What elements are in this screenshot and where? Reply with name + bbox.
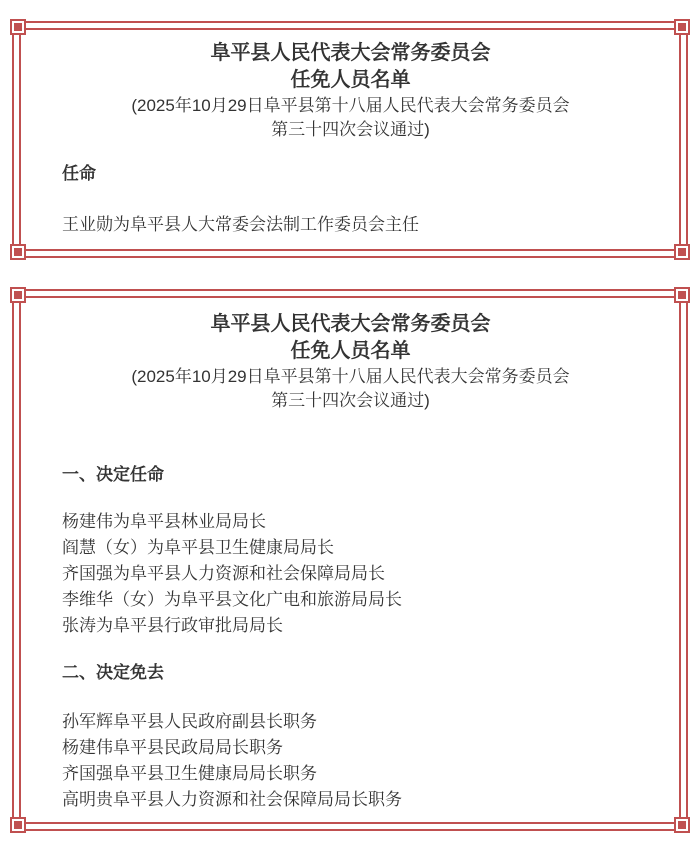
notice-title: 阜平县人民代表大会常务委员会 任免人员名单: [62, 311, 639, 365]
corner-ornament-bottom-right-icon: [674, 817, 690, 833]
section-heading-appointment: 任命: [62, 162, 639, 186]
list-item: 齐国强阜平县卫生健康局局长职务: [62, 761, 639, 787]
list-item: 杨建伟为阜平县林业局局长: [62, 509, 639, 535]
meeting-info: (2025年10月29日阜平县第十八届人民代表大会常务委员会 第三十四次会议通过…: [62, 94, 639, 142]
meeting-info-line-2: 第三十四次会议通过): [62, 118, 639, 142]
page: 阜平县人民代表大会常务委员会 任免人员名单 (2025年10月29日阜平县第十八…: [0, 21, 700, 831]
list-item: 王业勋为阜平县人大常委会法制工作委员会主任: [62, 212, 639, 238]
notice-box-2: 阜平县人民代表大会常务委员会 任免人员名单 (2025年10月29日阜平县第十八…: [12, 289, 688, 831]
appointment-list: 王业勋为阜平县人大常委会法制工作委员会主任: [62, 212, 639, 238]
corner-ornament-top-right-icon: [674, 287, 690, 303]
section-heading-decide-remove: 二、决定免去: [62, 661, 639, 685]
list-item: 杨建伟阜平县民政局局长职务: [62, 735, 639, 761]
meeting-info-line-1: (2025年10月29日阜平县第十八届人民代表大会常务委员会: [62, 365, 639, 389]
meeting-info-line-1: (2025年10月29日阜平县第十八届人民代表大会常务委员会: [62, 94, 639, 118]
corner-ornament-bottom-left-icon: [10, 817, 26, 833]
notice-title: 阜平县人民代表大会常务委员会 任免人员名单: [62, 40, 639, 94]
notice-box-1-content: 阜平县人民代表大会常务委员会 任免人员名单 (2025年10月29日阜平县第十八…: [19, 28, 681, 251]
corner-ornament-top-right-icon: [674, 19, 690, 35]
corner-ornament-top-left-icon: [10, 287, 26, 303]
corner-ornament-top-left-icon: [10, 19, 26, 35]
list-item: 孙军辉阜平县人民政府副县长职务: [62, 709, 639, 735]
notice-title-line-1: 阜平县人民代表大会常务委员会: [62, 311, 639, 338]
list-item: 张涛为阜平县行政审批局局长: [62, 613, 639, 639]
section-heading-decide-appoint: 一、决定任命: [62, 463, 639, 487]
notice-title-line-1: 阜平县人民代表大会常务委员会: [62, 40, 639, 67]
notice-box-2-content: 阜平县人民代表大会常务委员会 任免人员名单 (2025年10月29日阜平县第十八…: [19, 296, 681, 824]
meeting-info: (2025年10月29日阜平县第十八届人民代表大会常务委员会 第三十四次会议通过…: [62, 365, 639, 413]
list-item: 阎慧（女）为阜平县卫生健康局局长: [62, 535, 639, 561]
notice-box-1: 阜平县人民代表大会常务委员会 任免人员名单 (2025年10月29日阜平县第十八…: [12, 21, 688, 258]
notice-title-line-2: 任免人员名单: [62, 67, 639, 94]
meeting-info-line-2: 第三十四次会议通过): [62, 389, 639, 413]
list-item: 齐国强为阜平县人力资源和社会保障局局长: [62, 561, 639, 587]
removal-list: 孙军辉阜平县人民政府副县长职务 杨建伟阜平县民政局局长职务 齐国强阜平县卫生健康…: [62, 709, 639, 813]
list-item: 高明贵阜平县人力资源和社会保障局局长职务: [62, 787, 639, 813]
list-item: 李维华（女）为阜平县文化广电和旅游局局长: [62, 587, 639, 613]
corner-ornament-bottom-right-icon: [674, 244, 690, 260]
notice-title-line-2: 任免人员名单: [62, 338, 639, 365]
appointment-list: 杨建伟为阜平县林业局局长 阎慧（女）为阜平县卫生健康局局长 齐国强为阜平县人力资…: [62, 509, 639, 639]
corner-ornament-bottom-left-icon: [10, 244, 26, 260]
